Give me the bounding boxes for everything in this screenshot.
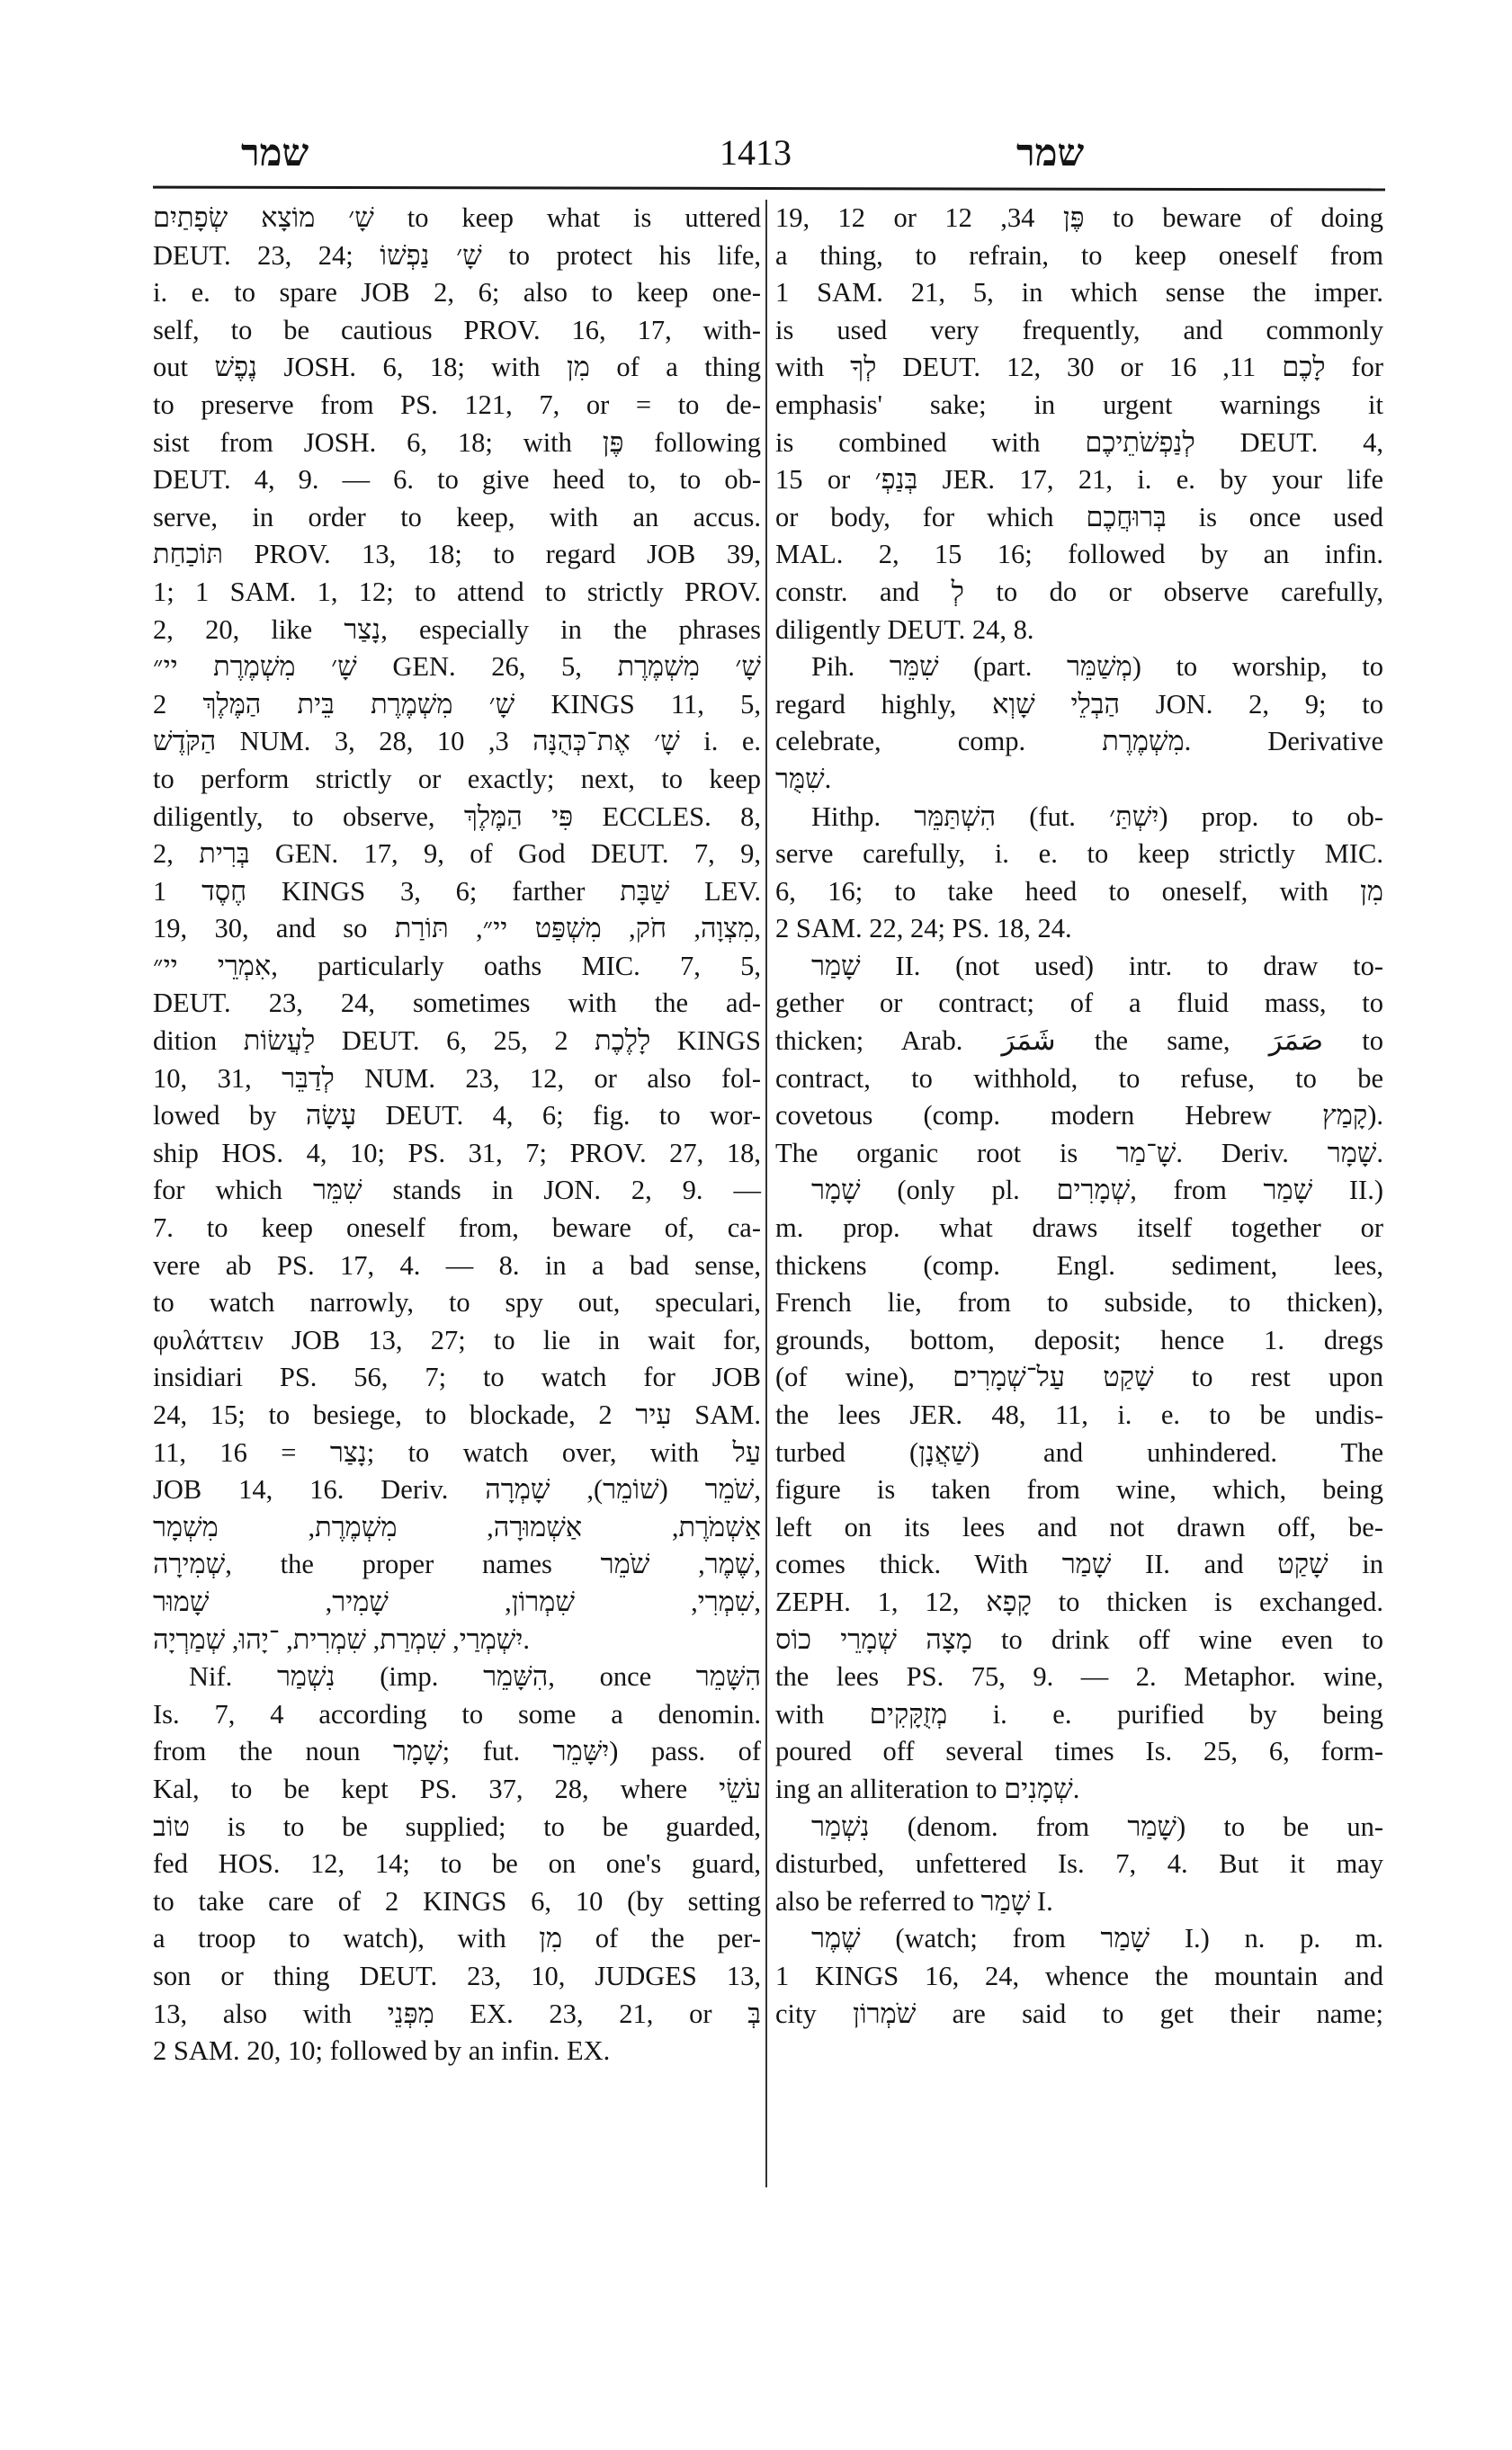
- text-line: vere ab PS. 17, 4. — 8. in a bad sense,: [153, 1247, 761, 1285]
- text-line: gether or contract; of a fluid mass, to: [775, 985, 1383, 1023]
- left-column: שָׁ׳ מוֹצָא שְׂפָתַיִם to keep what is u…: [153, 200, 761, 2070]
- text-line: Is. 7, 4 according to some a denomin.: [153, 1696, 761, 1734]
- text-line: שִׁמְרִי, שִׁמְרוֹן, שָׁמִיר, שָׁמוּר,: [153, 1584, 761, 1622]
- text-line: insidiari PS. 56, 7; to watch for JOB: [153, 1359, 761, 1397]
- text-line: נִשְׁמַר (denom. from שָׁמַר) to be un-: [775, 1809, 1383, 1846]
- text-line: for which שִׁמֵּר stands in JON. 2, 9. —: [153, 1172, 761, 1210]
- text-line: city שֹׁמְרוֹן are said to get their nam…: [775, 1996, 1383, 2034]
- text-line: to watch narrowly, to spy out, speculari…: [153, 1284, 761, 1322]
- text-line: 19, 12 or פֶּן 34, 12 to beware of doing: [775, 200, 1383, 237]
- text-line: מָצָה שְׁמָרֵי כוֹס to drink off wine ev…: [775, 1622, 1383, 1659]
- text-line: or body, for which בְּרוּחֲכֶם is once u…: [775, 499, 1383, 537]
- text-line: DEUT. 4, 9. — 6. to give heed to, to ob-: [153, 461, 761, 499]
- text-line: 13, also with מִפְּנֵי EX. 23, 21, or בְ…: [153, 1996, 761, 2034]
- text-line: a thing, to refrain, to keep oneself fro…: [775, 237, 1383, 275]
- text-line: a troop to watch), with מִן of the per-: [153, 1920, 761, 1958]
- text-line: thickens (comp. Engl. sediment, lees,: [775, 1247, 1383, 1285]
- text-line: Hithp. הִשְׁתַּמֵּר (fut. יִשְׁתַּ׳) pro…: [775, 799, 1383, 836]
- text-line: Kal, to be kept PS. 37, 28, where עֹשֵׂי: [153, 1771, 761, 1809]
- text-line: תּוֹכַחַת PROV. 13, 18; to regard JOB 39…: [153, 536, 761, 574]
- text-line: שָׁ׳ מוֹצָא שְׂפָתַיִם to keep what is u…: [153, 200, 761, 237]
- text-line: also be referred to שָׁמַר I.: [775, 1883, 1383, 1921]
- column-divider: [765, 200, 767, 2187]
- text-line: Nif. נִשְׁמַר (imp. הִשָּׁמֵר, once הִשָ…: [153, 1659, 761, 1696]
- text-line: 2 SAM. 22, 24; PS. 18, 24.: [775, 910, 1383, 948]
- text-line: ZEPH. 1, 12, קָפָא to thicken is exchang…: [775, 1584, 1383, 1622]
- text-line: שֶׁמֶר (watch; from שָׁמַר I.) n. p. m.: [775, 1920, 1383, 1958]
- text-line: diligently, to observe, פִּי הַמֶּלֶךְ E…: [153, 799, 761, 836]
- text-line: 2 SAM. 20, 10; followed by an infin. EX.: [153, 2033, 761, 2070]
- text-line: lowed by עָשָׂה DEUT. 4, 6; fig. to wor-: [153, 1097, 761, 1135]
- text-line: sist from JOSH. 6, 18; with פֶּן followi…: [153, 425, 761, 462]
- right-column: 19, 12 or פֶּן 34, 12 to beware of doing…: [775, 200, 1383, 2033]
- text-line: emphasis' sake; in urgent warnings it: [775, 387, 1383, 425]
- text-line: diligently DEUT. 24, 8.: [775, 612, 1383, 649]
- text-line: JOB 14, 16. Deriv. שֹׁמֵר (שׁוֹמֵר), שָׁ…: [153, 1471, 761, 1509]
- text-line: serve, in order to keep, with an accus.: [153, 499, 761, 537]
- text-line: 15 or בְּנַפְ׳ JER. 17, 21, i. e. by you…: [775, 461, 1383, 499]
- text-line: שִׁמֻּר.: [775, 761, 1383, 799]
- text-line: self, to be cautious PROV. 16, 17, with-: [153, 312, 761, 350]
- text-line: is used very frequently, and commonly: [775, 312, 1383, 350]
- text-line: celebrate, comp. מִשְׁמֶרֶת. Derivative: [775, 723, 1383, 761]
- text-line: 1; 1 SAM. 1, 12; to attend to strictly P…: [153, 574, 761, 612]
- header-rule: [153, 186, 1385, 192]
- text-line: 24, 15; to besiege, to blockade, עִיר 2 …: [153, 1397, 761, 1435]
- text-line: serve carefully, i. e. to keep strictly …: [775, 836, 1383, 873]
- text-line: disturbed, unfettered Is. 7, 4. But it m…: [775, 1846, 1383, 1883]
- text-line: to perform strictly or exactly; next, to…: [153, 761, 761, 799]
- text-line: left on its lees and not drawn off, be-: [775, 1509, 1383, 1547]
- right-running-head: שמר: [1016, 126, 1084, 180]
- text-line: טוֹב is to be supplied; to be guarded,: [153, 1809, 761, 1846]
- text-line: figure is taken from wine, which, being: [775, 1471, 1383, 1509]
- text-line: dition לַעֲשׂוֹת DEUT. 6, 25, לָלֶכֶת 2 …: [153, 1023, 761, 1060]
- text-line: 6, 16; to take heed to oneself, with מִן: [775, 873, 1383, 911]
- text-line: 19, 30, and so מִצְוָה, חֹק, מִשְׁפַּט י…: [153, 910, 761, 948]
- text-line: Pih. שִׁמֵּר (part. מְשַׁמֵּר) to worshi…: [775, 648, 1383, 686]
- text-line: The organic root is שָׁ־מַר. Deriv. שָׁמ…: [775, 1135, 1383, 1173]
- text-line: son or thing DEUT. 23, 10, JUDGES 13,: [153, 1958, 761, 1996]
- text-line: regard highly, הַבְלֵי שָׁוְא JON. 2, 9;…: [775, 686, 1383, 724]
- text-line: fed HOS. 12, 14; to be on one's guard,: [153, 1846, 761, 1883]
- text-line: MAL. 2, 15 16; followed by an infin.: [775, 536, 1383, 574]
- text-line: poured off several times Is. 25, 6, form…: [775, 1733, 1383, 1771]
- text-line: 7. to keep oneself from, beware of, ca-: [153, 1210, 761, 1247]
- text-line: ship HOS. 4, 10; PS. 31, 7; PROV. 27, 18…: [153, 1135, 761, 1173]
- text-line: constr. and לְ to do or observe carefull…: [775, 574, 1383, 612]
- running-header: שמר 1413 שמר: [144, 126, 1385, 180]
- text-line: 1 SAM. 21, 5, in which sense the imper.: [775, 274, 1383, 312]
- text-line: 11, 16 = נָצַר; to watch over, with עַל: [153, 1435, 761, 1472]
- text-line: ing an alliteration to שְׁמָנִים.: [775, 1771, 1383, 1809]
- text-line: DEUT. 23, 24; שָׁ׳ נַפְשׁוֹ to protect h…: [153, 237, 761, 275]
- text-line: יִשְׁמְרַי, שִׁמְרַת, שִׁמְרִית, ־יָהוּ,…: [153, 1622, 761, 1659]
- text-line: thicken; Arab. شَمَرَ the same, صَمَرَ t…: [775, 1023, 1383, 1060]
- text-line: שָׁ׳ מִשְׁמֶרֶת בֵּית הַמֶּלֶךְ 2 KINGS …: [153, 686, 761, 724]
- text-line: contract, to withhold, to refuse, to be: [775, 1060, 1383, 1098]
- text-line: 1 KINGS 16, 24, whence the mountain and: [775, 1958, 1383, 1996]
- text-line: הַקֹּדֶשׁ NUM. 3, 28, שָׁ׳ אֶת־כְּהֻנָּה…: [153, 723, 761, 761]
- text-line: comes thick. With שָׁמַר II. and שָׁקַט …: [775, 1546, 1383, 1584]
- text-line: שָׁמָר (only pl. שְׁמָרִים, from שָׁמַר …: [775, 1172, 1383, 1210]
- text-line: to take care of 2 KINGS 6, 10 (by settin…: [153, 1883, 761, 1921]
- text-line: to preserve from PS. 121, 7, or = to de-: [153, 387, 761, 425]
- text-line: grounds, bottom, deposit; hence 1. dregs: [775, 1322, 1383, 1360]
- text-line: אַשְׁמֹרֶת, אַשְׁמוּרָה, מִשְׁמֶרֶת, מִש…: [153, 1509, 761, 1547]
- text-line: שָׁ׳ מִשְׁמֶרֶת יי״ GEN. 26, 5, שָׁ׳ מִש…: [153, 648, 761, 686]
- text-line: (of wine), שָׁקַט עַל־שְׁמָרִים to rest …: [775, 1359, 1383, 1397]
- text-line: φυλάττειν JOB 13, 27; to lie in wait for…: [153, 1322, 761, 1360]
- text-line: from the noun שָׁמָר; fut. יִשָּׁמֵר) pa…: [153, 1733, 761, 1771]
- text-line: 10, 31, לְדַבֵּר NUM. 23, 12, or also fo…: [153, 1060, 761, 1098]
- text-line: the lees PS. 75, 9. — 2. Metaphor. wine,: [775, 1659, 1383, 1696]
- text-line: with לְךָ DEUT. 12, 30 or לָכֶם 11, 16 f…: [775, 349, 1383, 387]
- text-line: i. e. to spare JOB 2, 6; also to keep on…: [153, 274, 761, 312]
- text-line: אִמְרֵי יי״, particularly oaths MIC. 7, …: [153, 948, 761, 986]
- text-line: is combined with לְנַפְשֹׁתֵיכֶם DEUT. 4…: [775, 425, 1383, 462]
- text-line: French lie, from to subside, to thicken)…: [775, 1284, 1383, 1322]
- text-line: the lees JER. 48, 11, i. e. to be undis-: [775, 1397, 1383, 1435]
- text-line: חֶסֶד 1 KINGS 3, 6; farther שַׁבָּת LEV.: [153, 873, 761, 911]
- text-line: 2, 20, like נָצַר, especially in the phr…: [153, 612, 761, 649]
- text-line: 2, בְּרִית GEN. 17, 9, of God DEUT. 7, 9…: [153, 836, 761, 873]
- text-line: m. prop. what draws itself together or: [775, 1210, 1383, 1247]
- text-line: שְׁמִירָה, the proper names שֶׁמֶר, שֹׁמ…: [153, 1546, 761, 1584]
- text-line: DEUT. 23, 24, sometimes with the ad-: [153, 985, 761, 1023]
- text-line: שָׁמַר II. (not used) intr. to draw to-: [775, 948, 1383, 986]
- left-running-head: שמר: [241, 126, 309, 180]
- text-line: covetous (comp. modern Hebrew קָמַץ).: [775, 1097, 1383, 1135]
- text-line: out נֶפֶשׁ JOSH. 6, 18; with מִן of a th…: [153, 349, 761, 387]
- text-line: with מְזֻקָּקִים i. e. purified by being: [775, 1696, 1383, 1734]
- text-line: turbed (שַׁאֲנָן) and unhindered. The: [775, 1435, 1383, 1472]
- page-number: 1413: [720, 126, 792, 180]
